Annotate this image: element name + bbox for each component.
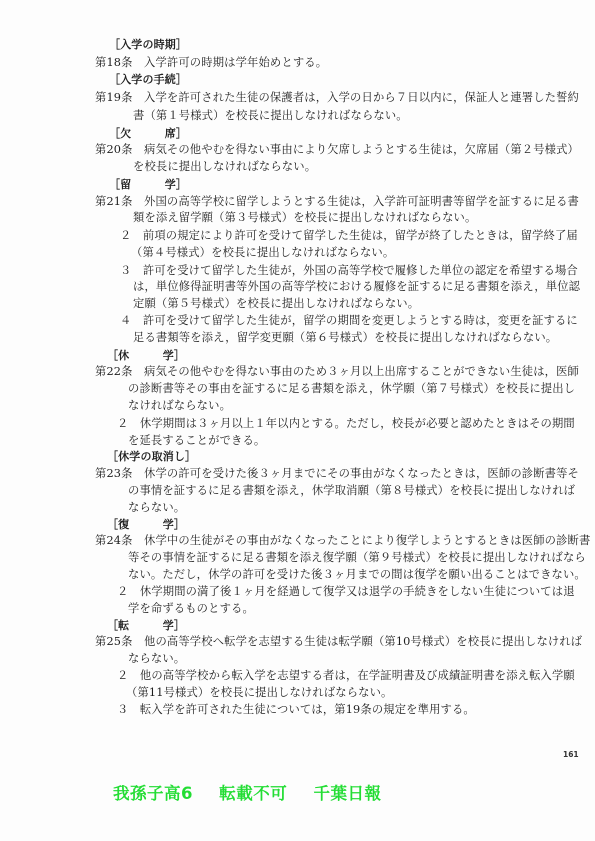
article-text-line: を延長することができる。 xyxy=(128,434,265,448)
article-text-line: 第24条 休学中の生徒がその事由がなくなったことにより復学しようとするときは医師… xyxy=(95,534,590,548)
article-text-line: 第22条 病気その他やむを得ない事由のため３ヶ月以上出席することができない生徒は… xyxy=(95,365,579,379)
article-text-line: （第11号様式）を校長に提出しなければならない。 xyxy=(126,686,393,700)
document-page: ［入学の時期］第18条 入学許可の時期は学年始めとする。［入学の手続］第19条 … xyxy=(0,0,595,841)
section-heading: ［休学の取消し］ xyxy=(107,450,196,464)
article-text-line: ２ 休学期間は３ヶ月以上１年以内とする。ただし，校長が必要と認めたときはその期間 xyxy=(117,417,575,431)
article-text-line: の事情を証するに足る書類を添え，休学取消願（第８号様式）を校長に提出しなければ xyxy=(128,484,575,498)
section-heading: ［入学の時期］ xyxy=(109,38,187,52)
article-text-line: を校長に提出しなければならない。 xyxy=(133,160,316,174)
section-heading: ［休 学］ xyxy=(107,349,185,363)
article-text-line: 第21条 外国の高等学校に留学しようとする生徒は，入学許可証明書等留学を証するに… xyxy=(95,195,579,209)
article-text-line: は，単位修得証明書等外国の高等学校における履修を証するに足る書類を添え，単位認 xyxy=(133,280,580,294)
article-text-line: ならない。 xyxy=(128,652,185,666)
article-text-line: 類を添え留学願（第３号様式）を校長に提出しなければならない。 xyxy=(133,211,476,225)
article-text-line: の診断書等その事由を証するに足る書類を添え，休学願（第７号様式）を校長に提出し xyxy=(128,382,575,396)
article-text-line: ３ 転入学を許可された生徒については，第19条の規定を準用する。 xyxy=(117,703,475,717)
article-text-line: 学を命ずるものとする。 xyxy=(128,602,254,616)
footer-school: 我孫子高6 xyxy=(113,784,193,803)
article-text-line: ４ 許可を受けて留学した生徒が，留学の期間を変更しようとする時は，変更を証するに xyxy=(120,314,578,328)
section-heading: ［留 学］ xyxy=(109,178,187,192)
article-text-line: ２ 他の高等学校から転入学を志望する者は，在学証明書及び成績証明書を添え転入学願 xyxy=(117,669,575,683)
article-text-line: 定願（第５号様式）を校長に提出しなければならない。 xyxy=(133,297,419,311)
article-text-line: （第４号様式）を校長に提出しなければならない。 xyxy=(131,246,394,260)
section-heading: ［復 学］ xyxy=(107,518,185,532)
footer-watermark: 我孫子高6 転載不可 千葉日報 xyxy=(113,780,401,804)
section-heading: ［欠 席］ xyxy=(109,127,187,141)
footer-publisher: 千葉日報 xyxy=(313,784,381,803)
article-text-line: 第23条 休学の許可を受けた後３ヶ月までにその事由がなくなったときは，医師の診断… xyxy=(95,467,579,481)
article-text-line: 書（第１号様式）を校長に提出しなければならない。 xyxy=(133,109,408,123)
article-text-line: ３ 許可を受けて留学した生徒が，外国の高等学校で履修した単位の認定を希望する場合 xyxy=(120,264,578,278)
article-text-line: ない。ただし，休学の許可を受けた後３ヶ月までの間は復学を願い出ることはできない。 xyxy=(128,568,586,582)
article-text-line: 第25条 他の高等学校へ転学を志望する生徒は転学願（第10号様式）を校長に提出し… xyxy=(95,635,582,649)
article-text-line: なければならない。 xyxy=(128,399,231,413)
section-heading: ［転 学］ xyxy=(107,619,185,633)
article-text-line: 第19条 入学を許可された生徒の保護者は，入学の日から７日以内に，保証人と連署し… xyxy=(95,91,579,105)
section-heading: ［入学の手続］ xyxy=(109,73,187,87)
article-text-line: ２ 前項の規定により許可を受けて留学した生徒は，留学が終了したときは，留学終了届 xyxy=(120,229,578,243)
page-number: 161 xyxy=(563,750,579,759)
article-text-line: ２ 休学期間の満了後１ヶ月を経過して復学又は退学の手続きをしない生徒については退 xyxy=(117,585,575,599)
article-text-line: ならない。 xyxy=(128,501,185,515)
article-text-line: 第18条 入学許可の時期は学年始めとする。 xyxy=(95,56,327,70)
article-text-line: 等その事情を証するに足る書類を添え復学願（第９号様式）を校長に提出しなければなら xyxy=(128,551,586,565)
article-text-line: 第20条 病気その他やむを得ない事由により欠席しようとする生徒は，欠席届（第２号… xyxy=(95,143,579,157)
footer-notice: 転載不可 xyxy=(219,784,287,803)
article-text-line: 足る書類等を添え，留学変更願（第６号様式）を校長に提出しなければならない。 xyxy=(133,331,557,345)
